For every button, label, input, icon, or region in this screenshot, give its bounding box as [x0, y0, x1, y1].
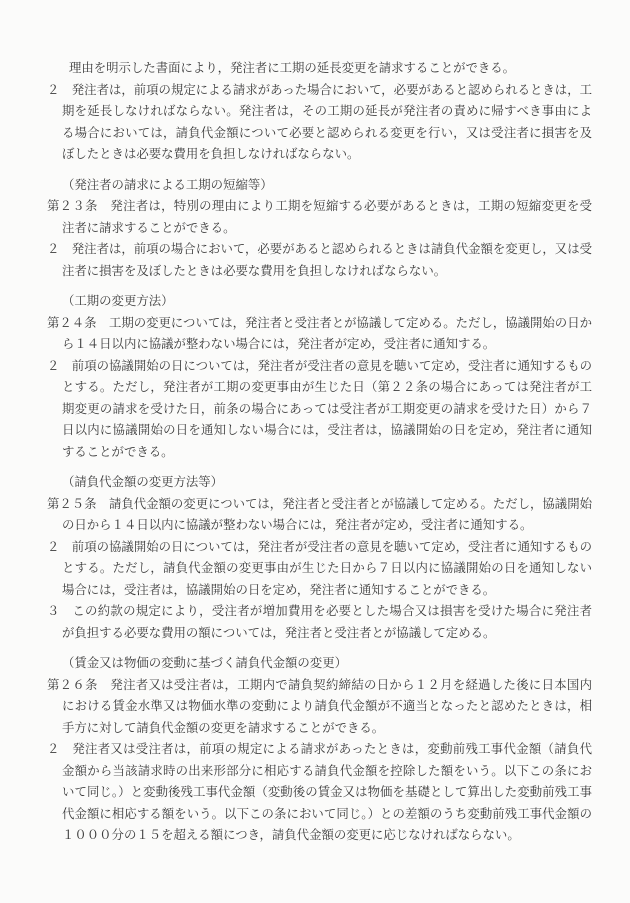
heading-article-24: （工期の変更方法）	[47, 291, 592, 313]
clause-24-main: 第２４条 工期の変更については，発注者と受注者とが協議して定める。ただし，協議開…	[47, 313, 592, 356]
clause-24-paragraph-2: ２ 前項の協議開始の日については，発注者が受注者の意見を聴いて定め，受注者に通知…	[47, 356, 592, 464]
clause-25-paragraph-2: ２ 前項の協議開始の日については，発注者が受注者の意見を聴いて定め，受注者に通知…	[47, 537, 592, 602]
clause-25-main: 第２５条 請負代金額の変更については，発注者と受注者とが協議して定める。ただし，…	[47, 494, 592, 537]
clause-25-paragraph-3: ３ この約款の規定により，受注者が増加費用を必要とした場合又は損害を受けた場合に…	[47, 601, 592, 644]
clause-22-paragraph-2: ２ 発注者は，前項の規定による請求があった場合において，必要があると認められると…	[47, 80, 592, 166]
clause-23-main: 第２３条 発注者は，特別の理由により工期を短縮する必要があるときは，工期の短縮変…	[47, 196, 592, 239]
document-page: 理由を明示した書面により，発注者に工期の延長変更を請求することができる。 ２ 発…	[0, 0, 630, 903]
carried-over-line: 理由を明示した書面により，発注者に工期の延長変更を請求することができる。	[47, 58, 592, 80]
heading-article-23: （発注者の請求による工期の短縮等）	[47, 175, 592, 197]
heading-article-26: （賃金又は物価の変動に基づく請負代金額の変更）	[47, 653, 592, 675]
clause-26-paragraph-2: ２ 発注者又は受注者は，前項の規定による請求があったときは，変動前残工事代金額（…	[47, 739, 592, 847]
heading-article-25: （請負代金額の変更方法等）	[47, 472, 592, 494]
clause-26-main: 第２６条 発注者又は受注者は，工期内で請負契約締結の日から１２月を経過した後に日…	[47, 675, 592, 740]
clause-23-paragraph-2: ２ 発注者は，前項の場合において，必要があると認められるときは請負代金額を変更し…	[47, 239, 592, 282]
